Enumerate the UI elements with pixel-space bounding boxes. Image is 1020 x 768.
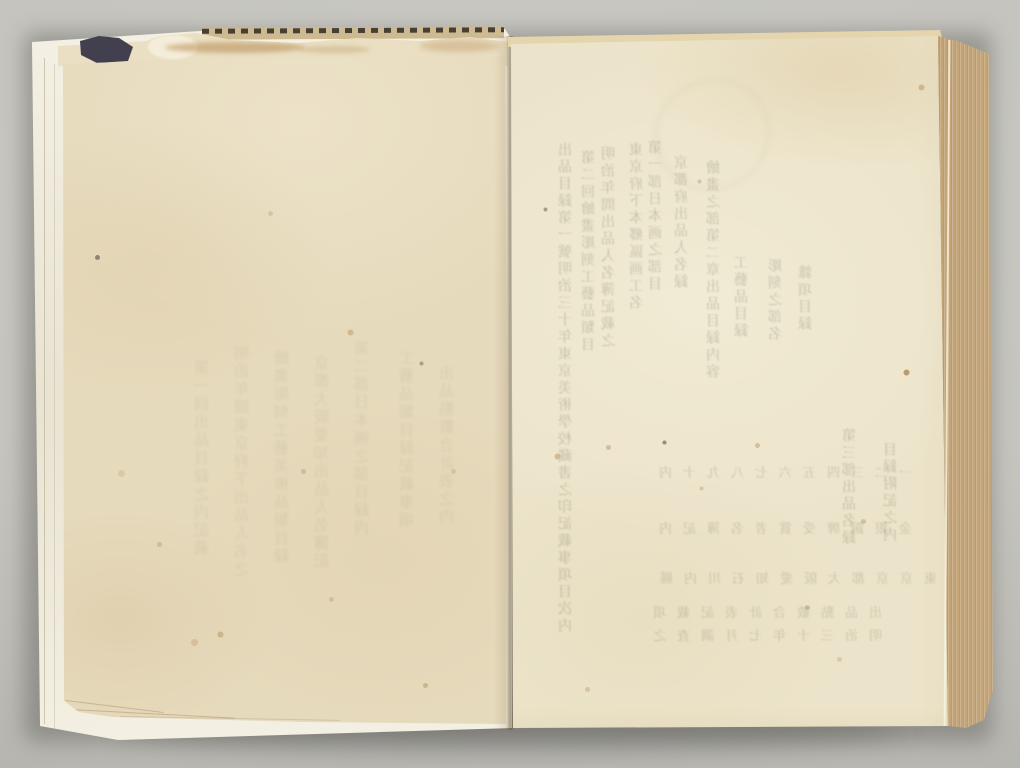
showthrough-text-illegible: 第一部日本画之部目	[646, 140, 666, 370]
showthrough-text-illegible: 目録附記之内	[881, 442, 901, 562]
page-edge-line	[54, 64, 55, 730]
showthrough-text-illegible: 京都大阪愛知出品人名簿記	[312, 355, 332, 635]
showthrough-text-illegible: 東京府下本郷區画工名	[627, 142, 647, 402]
showthrough-text-illegible: 第三部出品名録	[840, 428, 860, 568]
showthrough-text-illegible: 工藝品目録	[732, 255, 752, 370]
showthrough-text-illegible: 工藝品類目録記載事項	[397, 350, 417, 590]
foxing-spots	[0, 0, 3, 3]
brown-stain-streak	[300, 46, 370, 53]
showthrough-text-illegible: 一二三四五六七八九十内	[552, 462, 912, 480]
foxing-spots	[0, 0, 3, 3]
brown-stain-streak	[165, 42, 305, 53]
showthrough-text-illegible: 第二部日本画之部目録内	[352, 340, 372, 600]
showthrough-text-illegible: 第一回出品目録之内記載	[192, 360, 212, 620]
showthrough-text-illegible: 出品點數合計表記載項	[552, 602, 882, 620]
brown-stain-streak	[420, 40, 500, 52]
showthrough-text-illegible: 出品點數合計表之内	[437, 365, 457, 565]
showthrough-text-illegible: 雜項目録	[796, 265, 816, 355]
page-edge-line	[44, 58, 45, 724]
showthrough-text-illegible: 京都府出品人名録	[672, 155, 692, 355]
showthrough-text-illegible: 第二回繪畫彫刻工藝品類目	[579, 150, 599, 480]
showthrough-text-illegible: 繪畫彫刻工藝美術品類目録	[272, 350, 292, 620]
showthrough-text-illegible: 彫刻之部名	[766, 258, 786, 363]
printed-cover-edge-dashes	[202, 26, 504, 40]
showthrough-text-illegible: 出品目録第一號明治三十年東京美術學校藏書之印記載事項目次内	[556, 142, 576, 682]
photo-background: 第一回出品目録之内記載 明治年間東京府下出品人名之 繪畫彫刻工藝美術品類目録 京…	[0, 0, 1020, 768]
showthrough-text-illegible: 明治年間出品人名簿記載之	[599, 146, 619, 446]
showthrough-text-illegible: 繪畫之部第二章出品目録内容	[704, 160, 724, 460]
showthrough-text-illegible: 明治三十年七月調査之	[552, 625, 882, 643]
showthrough-text-illegible: 明治年間東京府下出品人名之	[232, 345, 252, 635]
showthrough-text-illegible: 金銀銅牌受賞者名簿記内	[552, 518, 912, 536]
showthrough-text-illegible: 東京京都大阪愛知石川内縣	[552, 568, 937, 586]
